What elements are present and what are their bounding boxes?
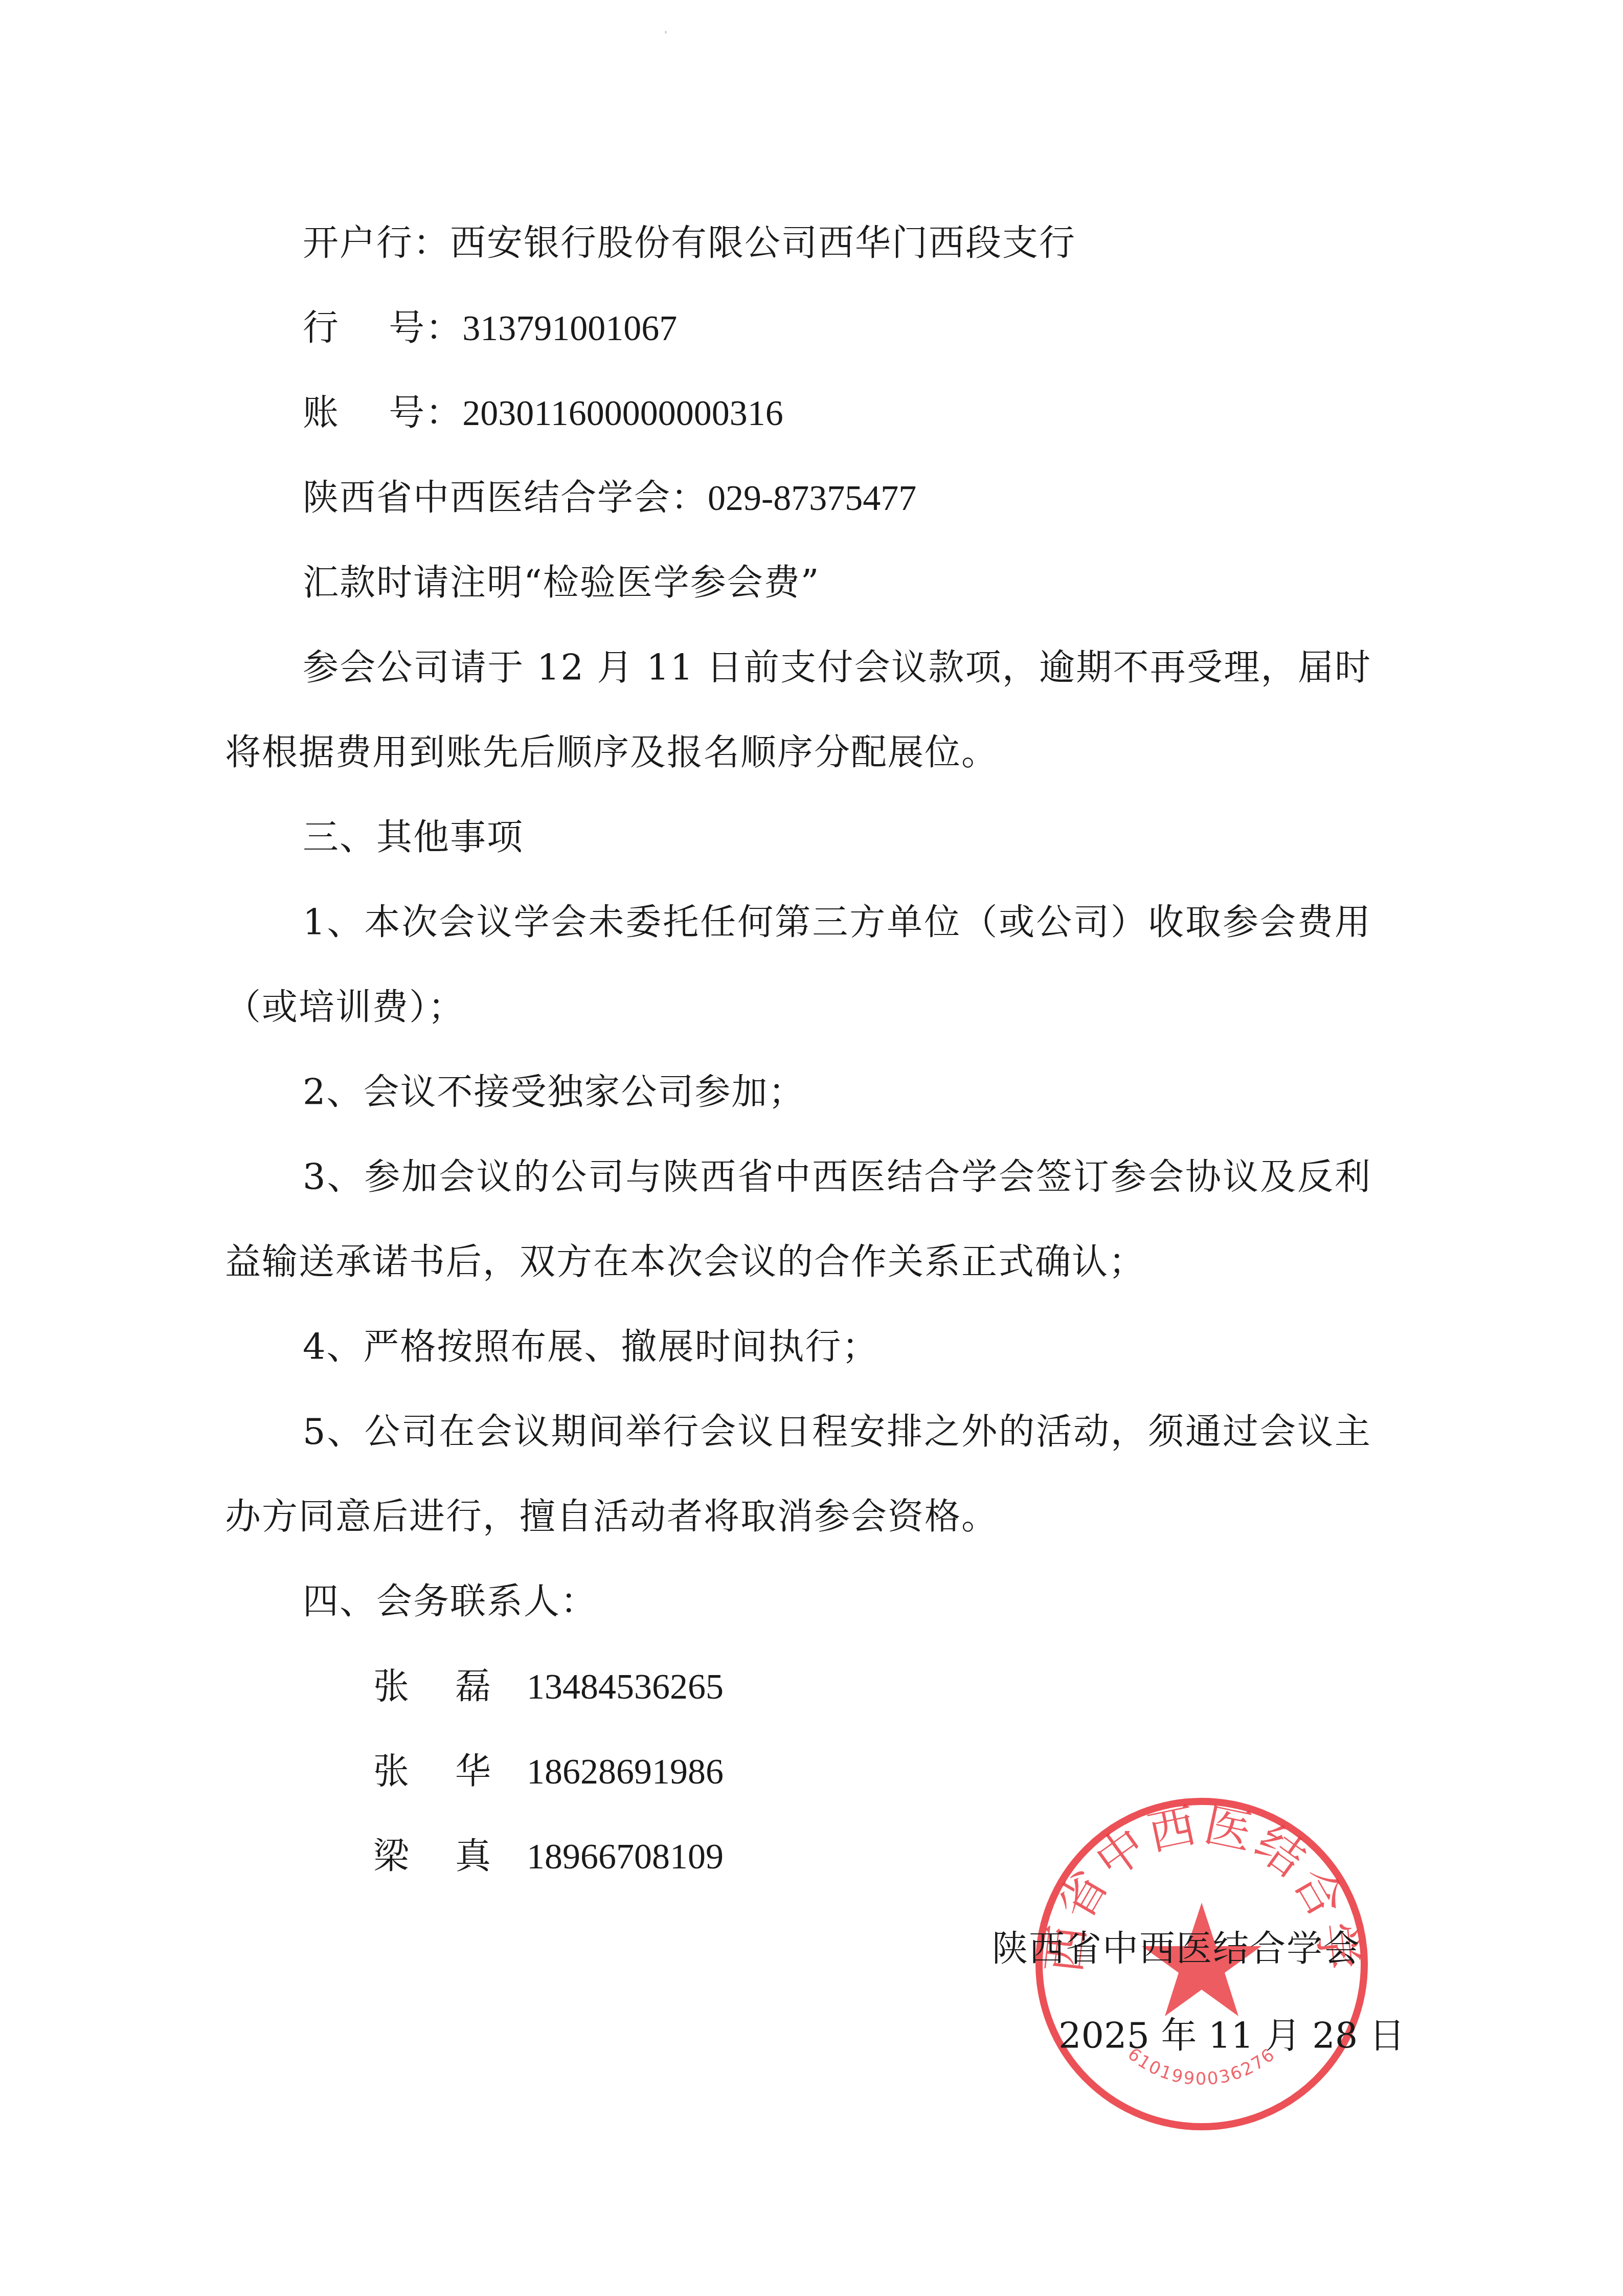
bank-number-label: 行 号： [303,307,462,349]
item-1-line-2: （或培训费）； [225,984,465,1030]
contact-surname: 张 [373,1663,455,1709]
contact-phone: 13484536265 [527,1667,724,1707]
document-page: 开户行：西安银行股份有限公司西华门西段支行 行 号：313791001067 账… [0,0,1623,2296]
contact-phone: 18628691986 [527,1752,724,1792]
contact-surname: 梁 [373,1833,455,1879]
bank-number-value: 313791001067 [462,309,677,348]
contact-name: 梁真 [373,1833,527,1879]
signature-date: 2025 年 11 月 28 日 [1058,2013,1405,2059]
item-3-line-2: 益输送承诺书后，双方在本次会议的合作关系正式确认； [225,1239,1145,1285]
contact-given-name: 磊 [455,1665,491,1707]
bank-value: 西安银行股份有限公司西华门西段支行 [450,222,1076,264]
account-number-line: 账 号：203011600000000316 [303,390,783,437]
account-number-label: 账 号： [303,392,462,434]
contact-surname: 张 [373,1748,455,1794]
contact-name: 张华 [373,1748,527,1794]
item-2-line-1: 2、会议不接受独家公司参加； [303,1069,805,1115]
org-phone-label: 陕西省中西医结合学会： [303,477,708,519]
contact-row: 张磊13484536265 [373,1663,724,1710]
section-three-heading: 三、其他事项 [303,814,524,860]
remittance-note: 汇款时请注明“检验医学参会费” [303,560,820,606]
item-5-line-2: 办方同意后进行，擅自活动者将取消参会资格。 [225,1493,998,1540]
bank-name-line: 开户行：西安银行股份有限公司西华门西段支行 [303,220,1076,266]
contact-row: 梁真18966708109 [373,1833,724,1880]
item-5-line-1: 5、公司在会议期间举行会议日程安排之外的活动，须通过会议主 [303,1409,1371,1455]
org-phone-line: 陕西省中西医结合学会：029-87375477 [303,475,916,522]
account-number-value: 203011600000000316 [462,394,783,433]
scan-speck [665,31,667,34]
item-3-line-1: 3、参加会议的公司与陕西省中西医结合学会签订参会协议及反利 [303,1154,1371,1200]
contact-name: 张磊 [373,1663,527,1709]
signature-organization: 陕西省中西医结合学会 [992,1926,1360,1972]
org-phone-value: 029-87375477 [708,479,916,518]
payment-deadline-line-2: 将根据费用到账先后顺序及报名顺序分配展位。 [225,729,998,775]
bank-number-line: 行 号：313791001067 [303,305,677,352]
item-4-line-1: 4、严格按照布展、撤展时间执行； [303,1324,879,1370]
contact-given-name: 华 [455,1750,491,1792]
bank-label: 开户行： [303,222,450,264]
section-four-heading: 四、会务联系人： [303,1578,597,1624]
contact-phone: 18966708109 [527,1837,724,1877]
contact-row: 张华18628691986 [373,1748,724,1795]
item-1-line-1: 1、本次会议学会未委托任何第三方单位（或公司）收取参会费用 [303,899,1371,945]
payment-deadline-line-1: 参会公司请于 12 月 11 日前支付会议款项，逾期不再受理，届时 [303,644,1371,690]
contact-given-name: 真 [455,1835,491,1877]
